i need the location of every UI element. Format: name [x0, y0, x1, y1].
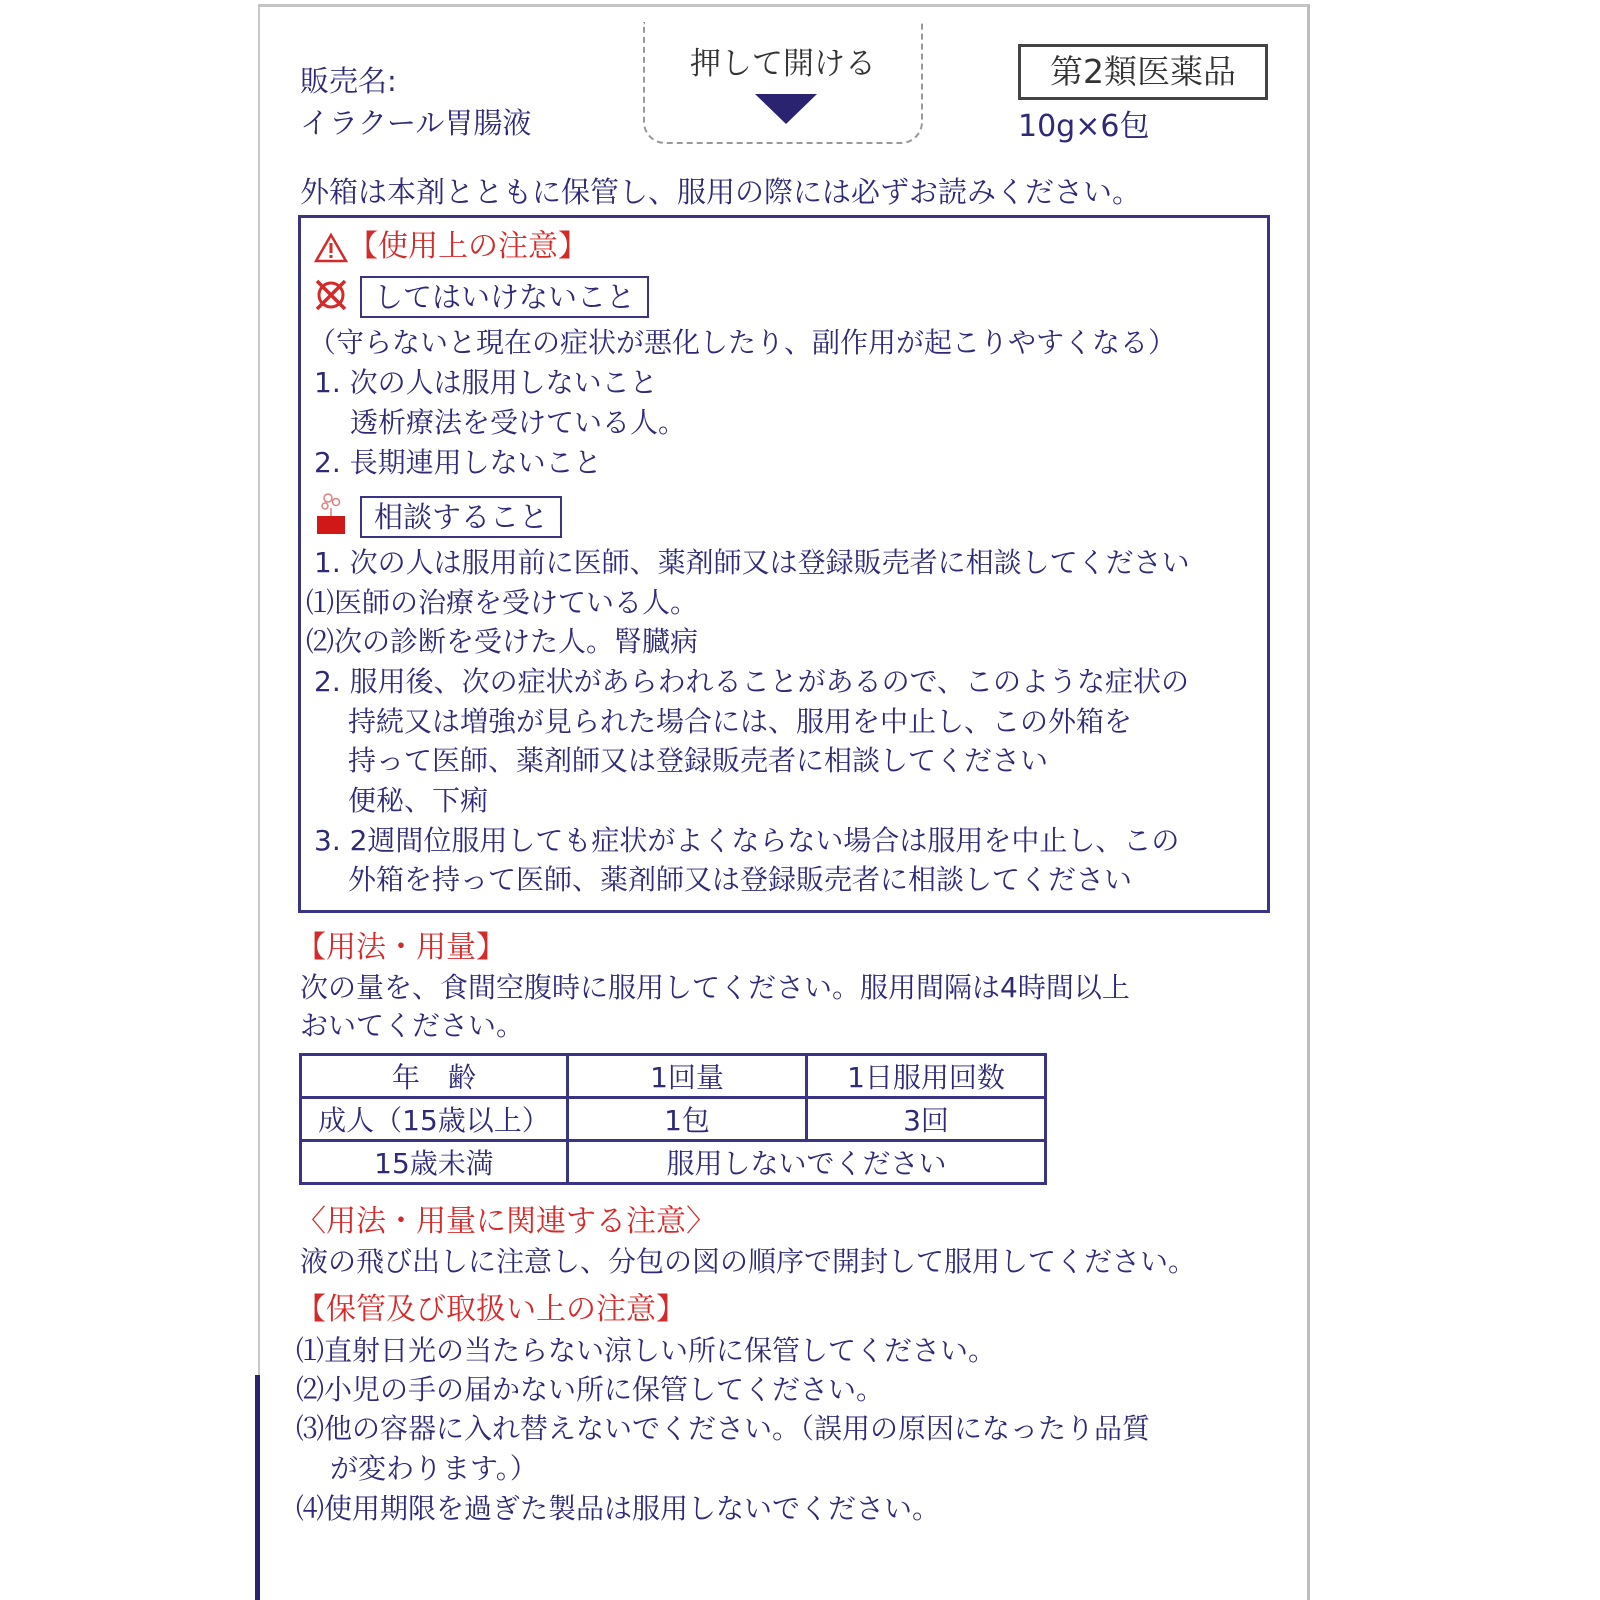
storage-line-1: ⑴直射日光の当たらない涼しい所に保管してください。	[296, 1331, 996, 1371]
press-to-open-tab[interactable]: 押して開ける	[643, 22, 923, 144]
storage-title: 【保管及び取扱い上の注意】	[296, 1290, 686, 1330]
consult-line-4: 2. 服用後、次の症状があらわれることがあるので、このような症状の	[314, 662, 1189, 702]
consult-line-7: 便秘、下痢	[348, 781, 488, 821]
quantity: 10g×6包	[1018, 106, 1149, 148]
table-row: 15歳未満 服用しないでください	[301, 1141, 1046, 1184]
table-cell-age: 成人（15歳以上）	[301, 1098, 568, 1141]
consult-line-5: 持続又は増強が見られた場合には、服用を中止し、この外箱を	[348, 702, 1132, 742]
table-header-per-dose: 1回量	[568, 1055, 807, 1098]
dont-item-2: 2. 長期連用しないこと	[314, 443, 602, 483]
related-precautions-text: 液の飛び出しに注意し、分包の図の順序で開封して服用してください。	[300, 1242, 1196, 1282]
table-cell-instruction: 服用しないでください	[568, 1141, 1046, 1184]
dosage-title: 【用法・用量】	[296, 928, 506, 968]
keep-box-note: 外箱は本剤とともに保管し、服用の際には必ずお読みください。	[300, 172, 1141, 212]
dosage-text-1: 次の量を、食間空腹時に服用してください。服用間隔は4時間以上	[300, 968, 1130, 1008]
dosage-text-2: おいてください。	[300, 1006, 524, 1046]
consult-label-box: 相談すること	[360, 496, 562, 538]
storage-line-2: ⑵小児の手の届かない所に保管してください。	[296, 1370, 884, 1410]
related-precautions-title: 〈用法・用量に関連する注意〉	[296, 1202, 716, 1242]
table-row: 成人（15歳以上） 1包 3回	[301, 1098, 1046, 1141]
drug-class-badge: 第2類医薬品	[1018, 44, 1268, 100]
consult-line-3: ⑵次の診断を受けた人。腎臓病	[306, 622, 698, 662]
consult-line-8: 3. 2週間位服用しても症状がよくならない場合は服用を中止し、この	[314, 821, 1179, 861]
table-header-age: 年 齢	[301, 1055, 568, 1098]
brand-label: 販売名:	[300, 60, 397, 102]
product-name: イラクール胃腸液	[300, 102, 531, 144]
panel-edge-bar	[255, 1375, 260, 1600]
table-cell-age: 15歳未満	[301, 1141, 568, 1184]
warning-triangle-icon	[314, 232, 348, 264]
dont-item-1-detail: 透析療法を受けている人。	[350, 403, 686, 443]
storage-line-3-cont: が変わります。）	[330, 1449, 538, 1489]
dont-label-box: してはいけないこと	[360, 276, 649, 318]
dont-item-1: 1. 次の人は服用しないこと	[314, 363, 658, 403]
consult-line-6: 持って医師、薬剤師又は登録販売者に相談してください	[348, 741, 1048, 781]
dont-note: （守らないと現在の症状が悪化したり、副作用が起こりやすくなる）	[308, 323, 1176, 363]
table-header-daily-times: 1日服用回数	[807, 1055, 1046, 1098]
dosage-table: 年 齢 1回量 1日服用回数 成人（15歳以上） 1包 3回 15歳未満 服用し…	[299, 1053, 1047, 1185]
consult-icon	[314, 492, 348, 536]
consult-line-1: 1. 次の人は服用前に医師、薬剤師又は登録販売者に相談してください	[314, 543, 1190, 583]
consult-line-9: 外箱を持って医師、薬剤師又は登録販売者に相談してください	[348, 860, 1132, 900]
storage-line-3: ⑶他の容器に入れ替えないでください。（誤用の原因になったり品質	[296, 1409, 1150, 1449]
consult-line-2: ⑴医師の治療を受けている人。	[306, 583, 698, 623]
storage-line-4: ⑷使用期限を過ぎた製品は服用しないでください。	[296, 1489, 940, 1529]
prohibited-cross-icon	[314, 278, 348, 312]
down-arrow-icon	[755, 94, 817, 124]
table-cell-per-dose: 1包	[568, 1098, 807, 1141]
open-tab-label: 押して開ける	[645, 38, 921, 83]
precautions-title: 【使用上の注意】	[348, 227, 588, 267]
table-cell-daily-times: 3回	[807, 1098, 1046, 1141]
table-header-row: 年 齢 1回量 1日服用回数	[301, 1055, 1046, 1098]
